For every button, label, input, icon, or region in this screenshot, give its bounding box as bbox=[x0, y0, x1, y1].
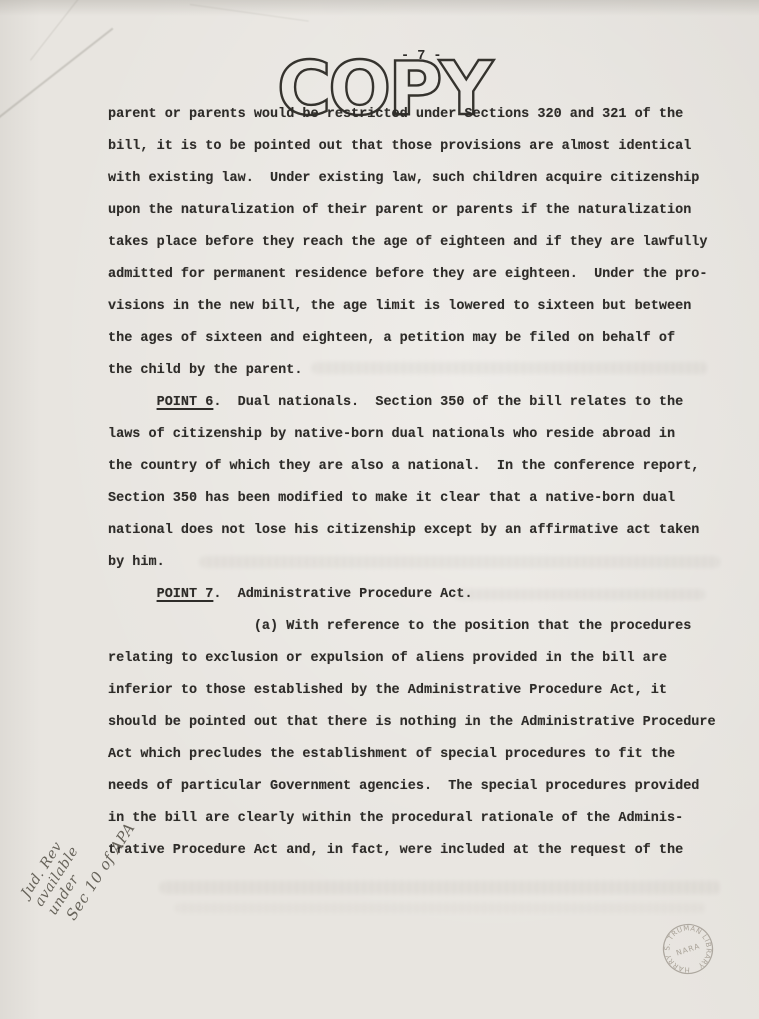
typed-text: inferior to those established by the Adm… bbox=[108, 683, 667, 698]
typed-text: . Dual nationals. Section 350 of the bil… bbox=[213, 395, 683, 410]
typed-text bbox=[108, 587, 157, 602]
typed-line: with existing law. Under existing law, s… bbox=[108, 163, 748, 195]
typed-line: relating to exclusion or expulsion of al… bbox=[108, 643, 748, 675]
underlined-heading: POINT 6 bbox=[157, 395, 214, 410]
print-through-smudge bbox=[455, 589, 705, 600]
typed-line: needs of particular Government agencies.… bbox=[108, 771, 748, 803]
typed-text-block: parent or parents would be restricted un… bbox=[108, 99, 748, 867]
typed-line: in the bill are clearly within the proce… bbox=[108, 803, 748, 835]
print-through-smudge bbox=[175, 903, 705, 913]
typed-text: admitted for permanent residence before … bbox=[108, 267, 708, 282]
typed-line: visions in the new bill, the age limit i… bbox=[108, 291, 748, 323]
typed-text: (a) With reference to the position that … bbox=[108, 619, 691, 634]
typed-text: takes place before they reach the age of… bbox=[108, 235, 708, 250]
typed-line: POINT 6. Dual nationals. Section 350 of … bbox=[108, 387, 748, 419]
underlined-heading: POINT 7 bbox=[157, 587, 214, 602]
typed-text: the country of which they are also a nat… bbox=[108, 459, 699, 474]
typed-text bbox=[108, 395, 157, 410]
typed-text: with existing law. Under existing law, s… bbox=[108, 171, 699, 186]
document-page: - 7 - COPY parent or parents would be re… bbox=[0, 0, 759, 1019]
typed-line: admitted for permanent residence before … bbox=[108, 259, 748, 291]
typed-text: upon the naturalization of their parent … bbox=[108, 203, 691, 218]
paper-crease bbox=[30, 0, 86, 61]
typed-text: Section 350 has been modified to make it… bbox=[108, 491, 675, 506]
typed-line: inferior to those established by the Adm… bbox=[108, 675, 748, 707]
typed-line: Act which precludes the establishment of… bbox=[108, 739, 748, 771]
typed-text: the child by the parent. bbox=[108, 363, 302, 378]
print-through-smudge bbox=[312, 362, 707, 374]
typed-text: trative Procedure Act and, in fact, were… bbox=[108, 843, 683, 858]
typed-text: should be pointed out that there is noth… bbox=[108, 715, 716, 730]
typed-line: (a) With reference to the position that … bbox=[108, 611, 748, 643]
typed-line: bill, it is to be pointed out that those… bbox=[108, 131, 748, 163]
stamp-center-text: NARA bbox=[675, 941, 701, 957]
typed-text: . Administrative Procedure Act. bbox=[213, 587, 472, 602]
typed-text: needs of particular Government agencies.… bbox=[108, 779, 699, 794]
typed-text: in the bill are clearly within the proce… bbox=[108, 811, 683, 826]
typed-line: the ages of sixteen and eighteen, a peti… bbox=[108, 323, 748, 355]
paper-crease bbox=[190, 4, 309, 22]
typed-line: takes place before they reach the age of… bbox=[108, 227, 748, 259]
typed-line: national does not lose his citizenship e… bbox=[108, 515, 748, 547]
typed-line: upon the naturalization of their parent … bbox=[108, 195, 748, 227]
typed-line: Section 350 has been modified to make it… bbox=[108, 483, 748, 515]
typed-line: the country of which they are also a nat… bbox=[108, 451, 748, 483]
print-through-smudge bbox=[200, 556, 720, 568]
print-through-smudge bbox=[160, 881, 720, 894]
typed-line: should be pointed out that there is noth… bbox=[108, 707, 748, 739]
typed-text: visions in the new bill, the age limit i… bbox=[108, 299, 691, 314]
paper-crease bbox=[0, 28, 113, 122]
typed-line: trative Procedure Act and, in fact, were… bbox=[108, 835, 748, 867]
typed-text: relating to exclusion or expulsion of al… bbox=[108, 651, 667, 666]
truman-library-stamp: HARRY S. TRUMAN LIBRARY NARA bbox=[651, 912, 724, 985]
typed-text: laws of citizenship by native-born dual … bbox=[108, 427, 675, 442]
typed-line: laws of citizenship by native-born dual … bbox=[108, 419, 748, 451]
typed-text: Act which precludes the establishment of… bbox=[108, 747, 675, 762]
typed-text: the ages of sixteen and eighteen, a peti… bbox=[108, 331, 675, 346]
typed-text: parent or parents would be restricted un… bbox=[108, 107, 683, 122]
typed-text: national does not lose his citizenship e… bbox=[108, 523, 699, 538]
typed-text: bill, it is to be pointed out that those… bbox=[108, 139, 691, 154]
typed-line: parent or parents would be restricted un… bbox=[108, 99, 748, 131]
typed-text: by him. bbox=[108, 555, 165, 570]
